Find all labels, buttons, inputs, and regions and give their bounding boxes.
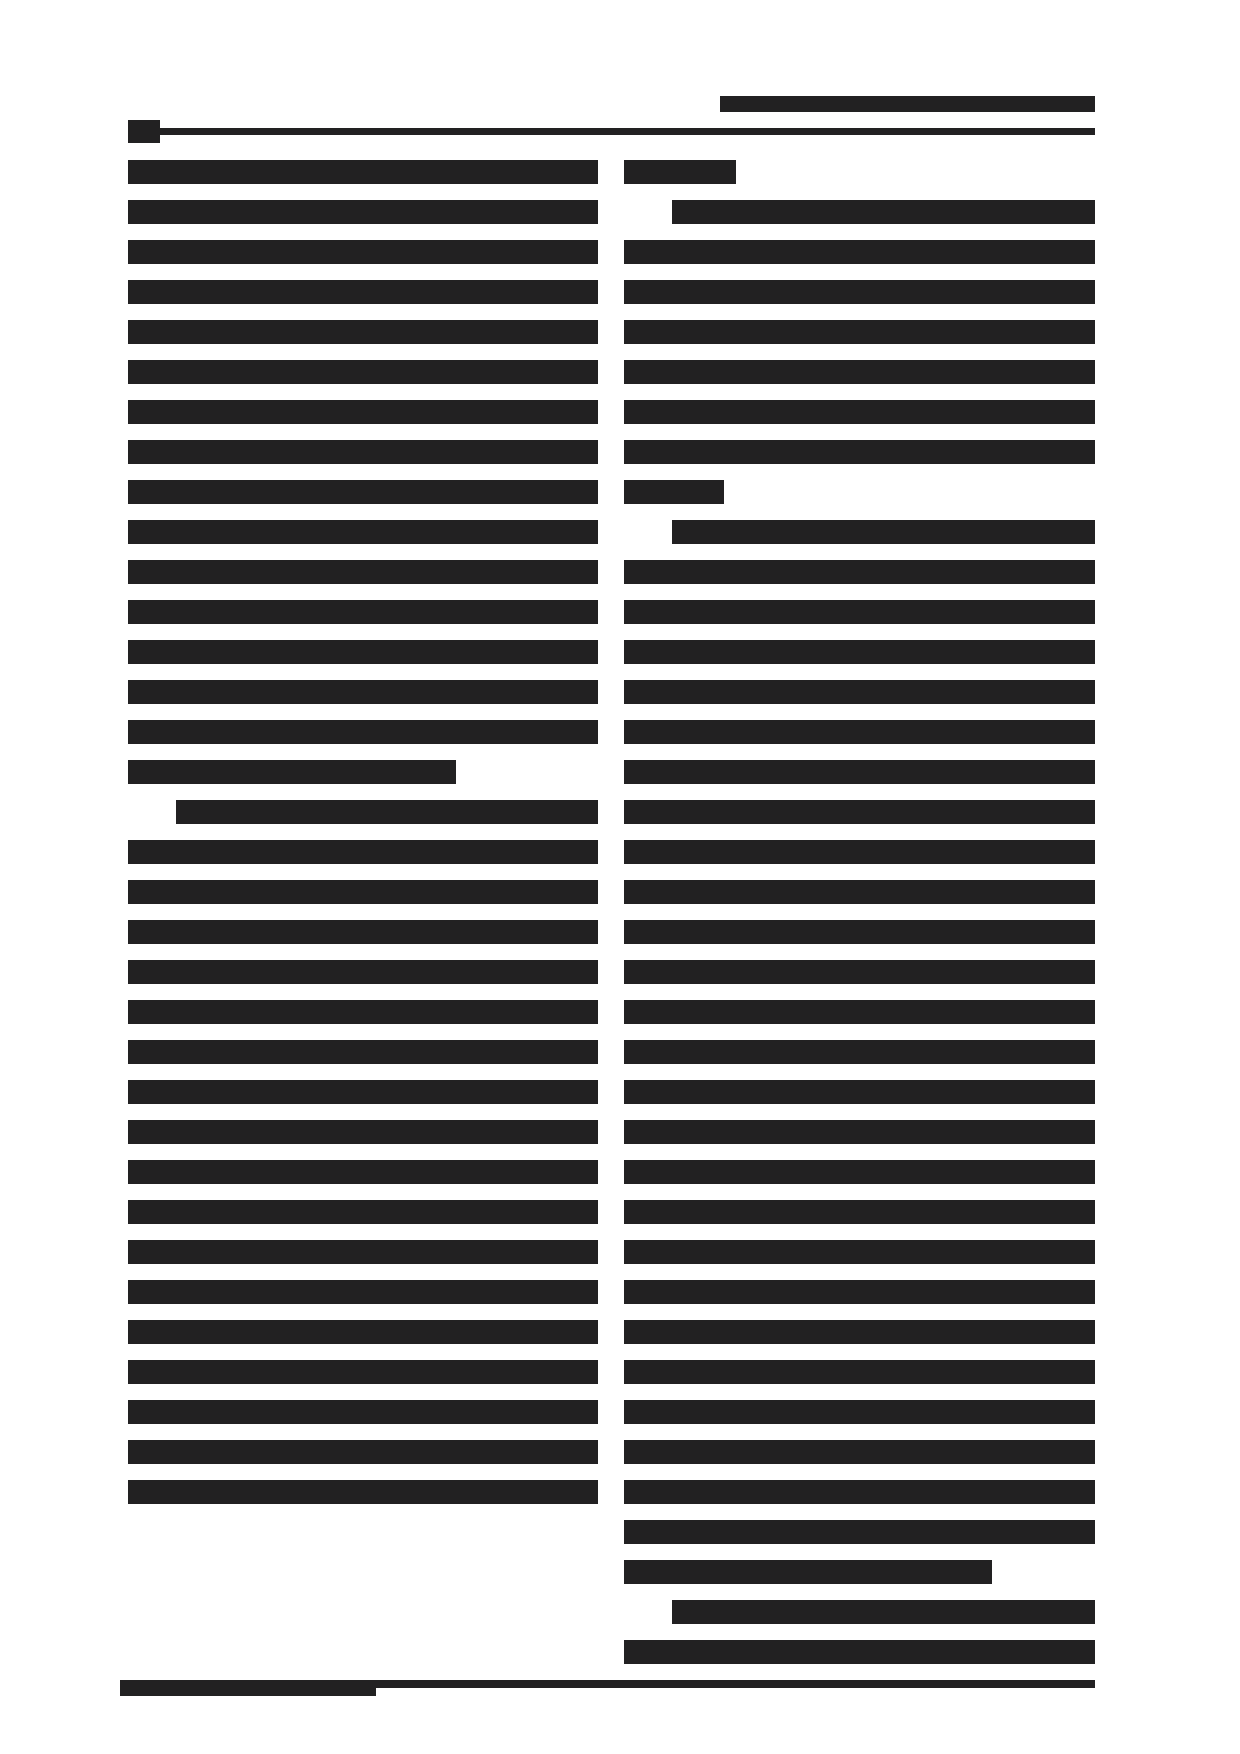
redacted-text-line bbox=[128, 240, 598, 264]
redacted-text-line bbox=[128, 960, 598, 984]
redacted-text-line bbox=[672, 200, 1095, 224]
redacted-text-line bbox=[624, 400, 1095, 424]
redacted-text-line bbox=[624, 1080, 1095, 1104]
redacted-text-line bbox=[624, 160, 736, 184]
redacted-text-line bbox=[624, 1040, 1095, 1064]
redacted-text-line bbox=[128, 200, 598, 224]
redacted-text-line bbox=[624, 1400, 1095, 1424]
redacted-text-line bbox=[624, 600, 1095, 624]
redacted-text-line bbox=[624, 1520, 1095, 1544]
redacted-text-line bbox=[624, 440, 1095, 464]
running-head-redacted bbox=[720, 96, 1095, 112]
redacted-text-line bbox=[128, 880, 598, 904]
redacted-text-line bbox=[624, 1360, 1095, 1384]
redacted-text-line bbox=[128, 640, 598, 664]
redacted-text-line bbox=[624, 1200, 1095, 1224]
redacted-text-line bbox=[128, 520, 598, 544]
redacted-text-line bbox=[624, 1240, 1095, 1264]
redacted-text-line bbox=[128, 600, 598, 624]
redacted-text-line bbox=[624, 1480, 1095, 1504]
redacted-text-line bbox=[624, 680, 1095, 704]
redacted-text-line bbox=[624, 240, 1095, 264]
redacted-text-line bbox=[624, 800, 1095, 824]
redacted-text-line bbox=[128, 1280, 598, 1304]
header-rule bbox=[128, 128, 1095, 135]
redacted-text-line bbox=[624, 840, 1095, 864]
redacted-text-line bbox=[128, 1200, 598, 1224]
redacted-text-line bbox=[128, 440, 598, 464]
redacted-text-line bbox=[624, 360, 1095, 384]
redacted-text-line bbox=[128, 920, 598, 944]
redacted-text-line bbox=[624, 1640, 1095, 1664]
redacted-text-line bbox=[128, 1160, 598, 1184]
redacted-text-line bbox=[624, 1280, 1095, 1304]
redacted-text-line bbox=[672, 1600, 1095, 1624]
redacted-text-line bbox=[128, 760, 456, 784]
redacted-text-line bbox=[624, 960, 1095, 984]
redacted-text-line bbox=[128, 720, 598, 744]
redacted-text-line bbox=[128, 1080, 598, 1104]
redacted-text-line bbox=[624, 760, 1095, 784]
redacted-text-line bbox=[128, 680, 598, 704]
redacted-text-line bbox=[624, 560, 1095, 584]
redacted-text-line bbox=[128, 160, 598, 184]
redacted-text-line bbox=[624, 1160, 1095, 1184]
redacted-text-line bbox=[128, 1240, 598, 1264]
redacted-text-line bbox=[672, 520, 1095, 544]
redacted-text-line bbox=[624, 920, 1095, 944]
redacted-text-line bbox=[128, 1120, 598, 1144]
redacted-text-line bbox=[128, 1040, 598, 1064]
redacted-text-line bbox=[624, 1440, 1095, 1464]
redacted-text-line bbox=[128, 480, 598, 504]
footer-text-redacted bbox=[120, 1680, 376, 1696]
redacted-text-line bbox=[128, 280, 598, 304]
redacted-text-line bbox=[624, 1560, 992, 1584]
redacted-text-line bbox=[624, 1000, 1095, 1024]
redacted-text-line bbox=[624, 280, 1095, 304]
redacted-text-line bbox=[624, 640, 1095, 664]
redacted-text-line bbox=[128, 840, 598, 864]
redacted-text-line bbox=[128, 1320, 598, 1344]
redacted-text-line bbox=[624, 1320, 1095, 1344]
redacted-text-line bbox=[128, 360, 598, 384]
page-number-redacted bbox=[128, 120, 160, 143]
redacted-text-line bbox=[128, 1440, 598, 1464]
redacted-text-line bbox=[624, 480, 724, 504]
redacted-text-line bbox=[176, 800, 598, 824]
redacted-text-line bbox=[128, 1400, 598, 1424]
redacted-text-line bbox=[128, 400, 598, 424]
redacted-text-line bbox=[128, 1360, 598, 1384]
redacted-text-line bbox=[624, 320, 1095, 344]
redacted-text-line bbox=[624, 880, 1095, 904]
redacted-text-line bbox=[128, 1480, 598, 1504]
redacted-text-line bbox=[624, 1120, 1095, 1144]
redacted-text-line bbox=[624, 720, 1095, 744]
redacted-text-line bbox=[128, 1000, 598, 1024]
redacted-text-line bbox=[128, 560, 598, 584]
redacted-text-line bbox=[128, 320, 598, 344]
